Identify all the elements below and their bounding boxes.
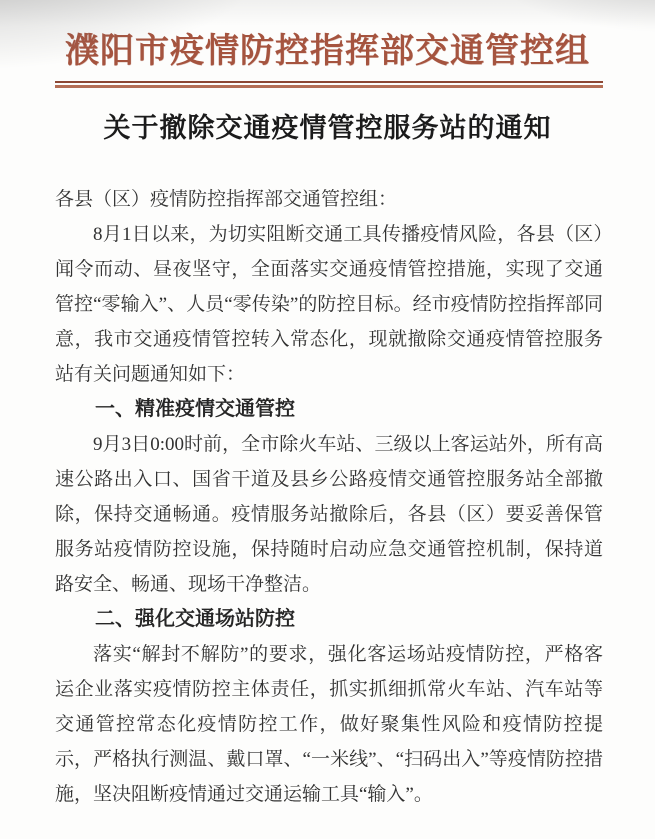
document-title: 关于撤除交通疫情管控服务站的通知 (30, 111, 625, 146)
paragraph-intro: 8月1日以来，为切实阻断交通工具传播疫情风险，各县（区）闻令而动、昼夜坚守，全面… (55, 217, 603, 392)
salutation: 各县（区）疫情防控指挥部交通管控组： (55, 182, 603, 217)
letterhead-org-name: 濮阳市疫情防控指挥部交通管控组 (0, 31, 655, 72)
letterhead: 濮阳市疫情防控指挥部交通管控组 (0, 0, 655, 88)
section-2-heading: 二、强化交通场站防控 (55, 602, 603, 637)
document-page: 濮阳市疫情防控指挥部交通管控组 关于撤除交通疫情管控服务站的通知 各县（区）疫情… (0, 0, 655, 839)
divider-line-thin (55, 81, 603, 83)
document-body: 各县（区）疫情防控指挥部交通管控组： 8月1日以来，为切实阻断交通工具传播疫情风… (55, 182, 603, 812)
divider-line-thick (55, 85, 603, 88)
section-2-body: 落实“解封不解防”的要求，强化客运场站疫情防控，严格客运企业落实疫情防控主体责任… (55, 637, 603, 812)
section-1-heading: 一、精准疫情交通管控 (55, 392, 603, 427)
section-1-body: 9月3日0:00时前，全市除火车站、三级以上客运站外，所有高速公路出入口、国省干… (55, 427, 603, 602)
letterhead-divider (55, 81, 603, 88)
